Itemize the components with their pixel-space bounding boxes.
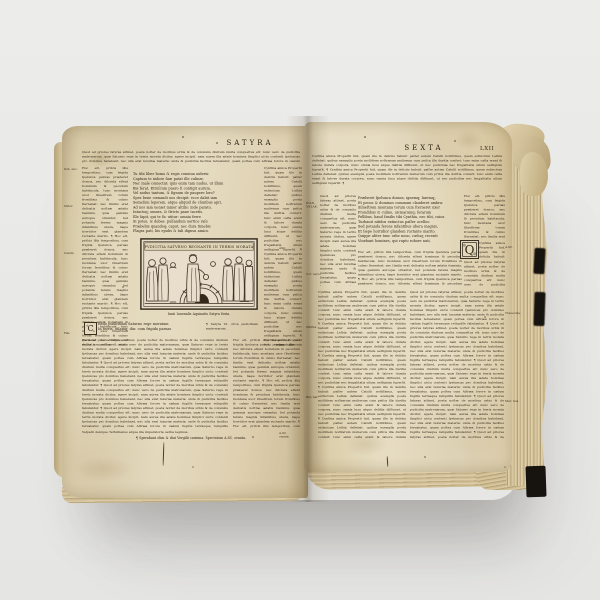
commentary-column-right-upper: Hoc eſt, priſcis illis temporibus, cum f… (464, 194, 505, 238)
cover-board-edge (533, 292, 545, 326)
commentary-column-right-lower: Quod ad priores ſatyras attinet, poeta n… (464, 260, 505, 286)
gutter-note: MISSA. (306, 326, 323, 330)
margin-note: Traue ista. (505, 312, 522, 316)
gutter-note: IOAN. NELAE. (306, 202, 323, 209)
margin-note: IOA. Luc. (64, 168, 81, 172)
margin-note: Mur. tius. (505, 400, 522, 404)
commentary-bottom-left-column: Cynthia amica Propertii fuit, quam ille … (318, 290, 406, 440)
paper-stain (76, 456, 132, 482)
running-header-left: SATYRA (190, 139, 310, 147)
ornamental-initial-q: Q (460, 240, 479, 259)
woodcut-illustration: PVDICITIA SATVRNO REGNANTE IN TERRIS MOR… (140, 238, 258, 310)
gutter-note: IOA. NNI. (279, 344, 296, 348)
foxing-specks (364, 136, 366, 138)
foxing-specks (182, 136, 184, 138)
cover-board-corner (525, 466, 546, 498)
commentary-bottom-right-column: Quod ad priores ſatyras attinet, poeta n… (410, 290, 504, 440)
photo-background: SATYRA Quod ad priores ſatyras attinet, … (0, 0, 600, 600)
margin-note: Fab. (64, 332, 81, 336)
woodcut-banner-text: PVDICITIA SATVRNO REGNANTE IN TERRIS MOR… (145, 245, 254, 249)
commentary-column-left: Hoc eſt, priſcis illis temporibus, cum f… (82, 166, 128, 348)
margin-note: Nidor. (64, 205, 81, 209)
commentary-column-right: Cynthia amica Propertii fuit, quam ille … (264, 166, 302, 348)
commentary-bottom-main: Quod ad priores ſatyras attinet, poeta n… (82, 338, 228, 428)
left-page: SATYRA Quod ad priores ſatyras attinet, … (62, 126, 308, 498)
gutter-note: A.SC. ornata (279, 432, 296, 439)
right-page: SEXTA LXII Cynthia amica Propertii fuit,… (304, 122, 512, 472)
ink-mark (387, 456, 389, 467)
gutter-note: Cor. nero. (306, 273, 323, 277)
cover-board-edge (533, 248, 545, 275)
margin-note: Calum. (64, 252, 81, 256)
verse-block-satire-six: Præberet ſpelunca domos, ignemq; laremq;… (358, 196, 462, 246)
gutter-note: ASC. (279, 247, 296, 251)
margin-note: A.SC. (505, 246, 522, 250)
commentary-top-left-page: Quod ad priores ſatyras attinet, poeta n… (82, 150, 300, 164)
commentary-top-right-page: Cynthia amica Propertii fuit, quam ille … (312, 154, 502, 192)
ink-mark (163, 442, 165, 466)
woodcut-caption: Iunii Iuuenalis Aquinatis Satyra ſexta. (140, 312, 258, 319)
ornamental-initial-c: C (84, 322, 97, 335)
page-edges-top-right (520, 152, 548, 196)
folio-number: LXII (480, 146, 494, 152)
opening-side-note: ¶ Satyra VI. circa pudicitiam matronarum… (206, 322, 258, 334)
commentary-under-verse: Hoc eſt, priſcis illis temporibus, cum f… (358, 250, 462, 286)
commentary-beside-initial: Cynthia amica Propertii fuit, quam ille … (479, 241, 505, 258)
commentary-bottom-narrow: Hoc eſt, priſcis illis temporibus, cum f… (233, 338, 300, 428)
commentary-column-left: Quod ad priores ſatyras attinet, poeta n… (320, 194, 356, 286)
verse-block-satire-five: Tu tibi liber homo & regis conuiua uider… (133, 172, 265, 238)
satire-six-opening-lines: Redo pudicitiam Saturno rege moratamIn t… (98, 322, 202, 334)
catch-line: ¶ Sperabant olim & diui Vergilii carmina… (92, 436, 290, 443)
gutter-note: Bar. bar. (306, 396, 323, 400)
running-header-right: SEXTA (374, 144, 474, 152)
